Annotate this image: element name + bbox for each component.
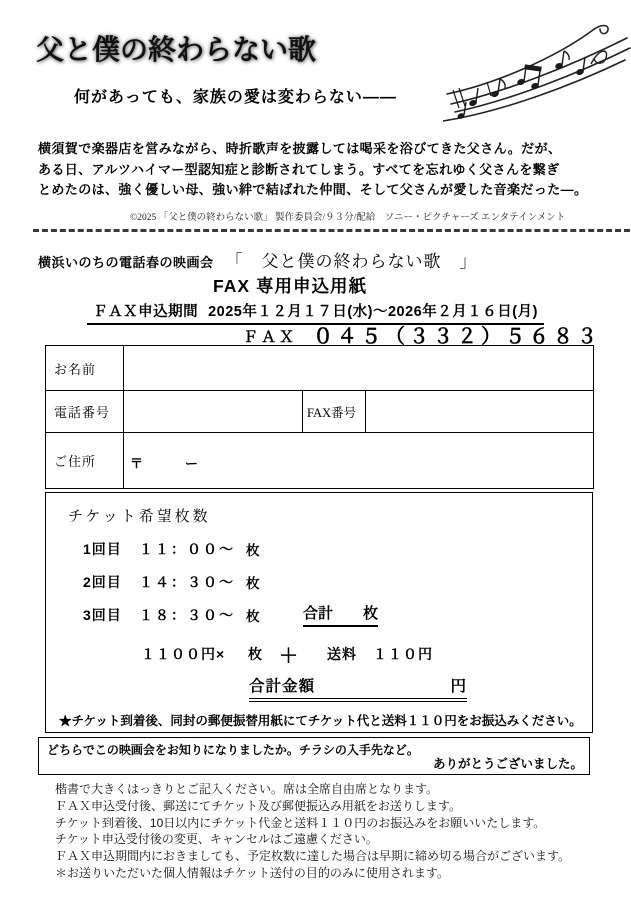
subtotal-label: 合計 (303, 602, 333, 623)
screening-label: 2回目 (83, 572, 122, 592)
name-label: お名前 (46, 346, 124, 391)
address-input-cell[interactable]: 〒ー (124, 433, 594, 489)
total-label: 合計金額 (249, 674, 315, 696)
screening-label: 3回目 (83, 605, 122, 625)
music-notes-icon (443, 20, 631, 124)
price-calculation-line: １１００円× 枚 ＋ 送料 １１０円 (46, 644, 592, 664)
movie-tagline: 何があっても、家族の愛は変わらない―― (74, 84, 397, 107)
note-line: ＦＡＸ申込期間内におきましても、予定枚数に達した場合は早期に締め切る場合がござい… (55, 848, 620, 865)
subtotal-unit: 枚 (363, 602, 378, 623)
postal-mark: 〒 (130, 456, 143, 471)
price-count-blank[interactable] (206, 644, 244, 660)
synopsis: 横須賀で楽器店を営みながら、時折歌声を披露しては喝采を浴びてきた父さん。だが、 … (38, 139, 618, 201)
shipping-label: 送料 (327, 644, 357, 664)
payment-note: ★チケット到着後、同封の郵便振替用紙にてチケット代と送料１１０円をお振込みくださ… (59, 711, 582, 729)
ticket-count-blank[interactable] (206, 539, 244, 555)
fax-number-label: FAX番号 (303, 391, 366, 433)
note-line: ＦＡＸ申込受付後、郵送にてチケット及び郵便振込み用紙をお送りします。 (55, 798, 620, 815)
total-unit: 円 (450, 674, 467, 696)
screening-row-2: 2回目 １４：３０～ 枚 (46, 572, 592, 592)
phone-label: 電話番号 (46, 391, 124, 433)
ticket-unit: 枚 (246, 539, 260, 559)
form-title: FAX 専用申込用紙 (0, 273, 580, 298)
address-label: ご住所 (46, 433, 124, 489)
ticket-unit: 枚 (246, 605, 260, 625)
fax-application-form-page: 父と僕の終わらない歌 何があっても、家族の愛は変わらない―― (0, 0, 631, 900)
shipping-fee: １１０円 (373, 644, 433, 664)
synopsis-line: とめたのは、強く優しい母、強い絆で結ばれた仲間、そして父さんが愛した音楽だった―… (38, 180, 618, 201)
survey-question: どちらでこの映画会をお知りになりましたか。チラシの入手先など。 (47, 741, 419, 758)
total-amount-blank[interactable]: 合計金額 円 (249, 674, 467, 702)
price-unit: 枚 (248, 644, 263, 664)
phone-input-cell[interactable] (124, 391, 303, 433)
table-row: お名前 (46, 346, 594, 391)
applicant-table: お名前 電話番号 FAX番号 ご住所 〒ー (45, 345, 594, 489)
synopsis-line: ある日、アルツハイマー型認知症と診断されてしまう。すべてを忘れゆく父さんを繋ぎ (38, 160, 618, 181)
subtotal-blank[interactable]: 合計 枚 (303, 602, 378, 627)
synopsis-line: 横須賀で楽器店を営みながら、時折歌声を披露しては喝采を浴びてきた父さん。だが、 (38, 139, 618, 160)
movie-title: 父と僕の終わらない歌 (36, 28, 316, 68)
ticket-request-box: チケット希望枚数 1回目 １１：００～ 枚 2回目 １４：３０～ 枚 3回目 １… (45, 492, 593, 733)
ticket-unit: 枚 (246, 572, 260, 592)
period-value: 2025年１２月１７日(水)～2026年２月１６日(月) (208, 304, 538, 320)
note-line: ＊お送りいただいた個人情報はチケット送付の目的のみに使用されます。 (55, 865, 620, 882)
plus-sign: ＋ (279, 641, 299, 668)
fax-input-cell[interactable] (366, 391, 594, 433)
movie-title-quote: 「 父と僕の終わらない歌 」 (226, 252, 478, 271)
dashed-divider (33, 229, 630, 232)
note-line: チケット到着後、10日以内にチケット代金と送料１１０円のお振込みをお願いいたしま… (55, 815, 620, 832)
table-row: 電話番号 FAX番号 (46, 391, 594, 433)
note-line: チケット申込受付後の変更、キャンセルはご遠慮ください。 (55, 831, 620, 848)
ticket-count-blank[interactable] (206, 605, 244, 621)
screening-row-1: 1回目 １１：００～ 枚 (46, 539, 592, 559)
ticket-heading: チケット希望枚数 (68, 505, 211, 526)
event-line: 横浜いのちの電話春の映画会「 父と僕の終わらない歌 」 (38, 247, 478, 272)
note-line: 楷書で大きくはっきりとご記入ください。席は全席自由席となります。 (55, 781, 620, 798)
copyright-line: ©2025 「父と僕の終わらない歌」 製作委員会/９３分/配給 ソニー・ピクチャ… (130, 209, 565, 223)
screening-label: 1回目 (83, 539, 122, 559)
postal-code-dash: ー (185, 456, 198, 471)
bottom-notes: 楷書で大きくはっきりとご記入ください。席は全席自由席となります。 ＦＡＸ申込受付… (55, 781, 620, 882)
ticket-count-blank[interactable] (206, 572, 244, 588)
organizer-name: 横浜いのちの電話春の映画会 (38, 255, 214, 270)
name-input-cell[interactable] (124, 346, 594, 391)
survey-box[interactable]: どちらでこの映画会をお知りになりましたか。チラシの入手先など。 ありがとうござい… (38, 737, 590, 775)
table-row: ご住所 〒ー (46, 433, 594, 489)
survey-thanks: ありがとうございました。 (433, 754, 583, 772)
period-label: ＦＡＸ申込期間 (93, 304, 198, 320)
